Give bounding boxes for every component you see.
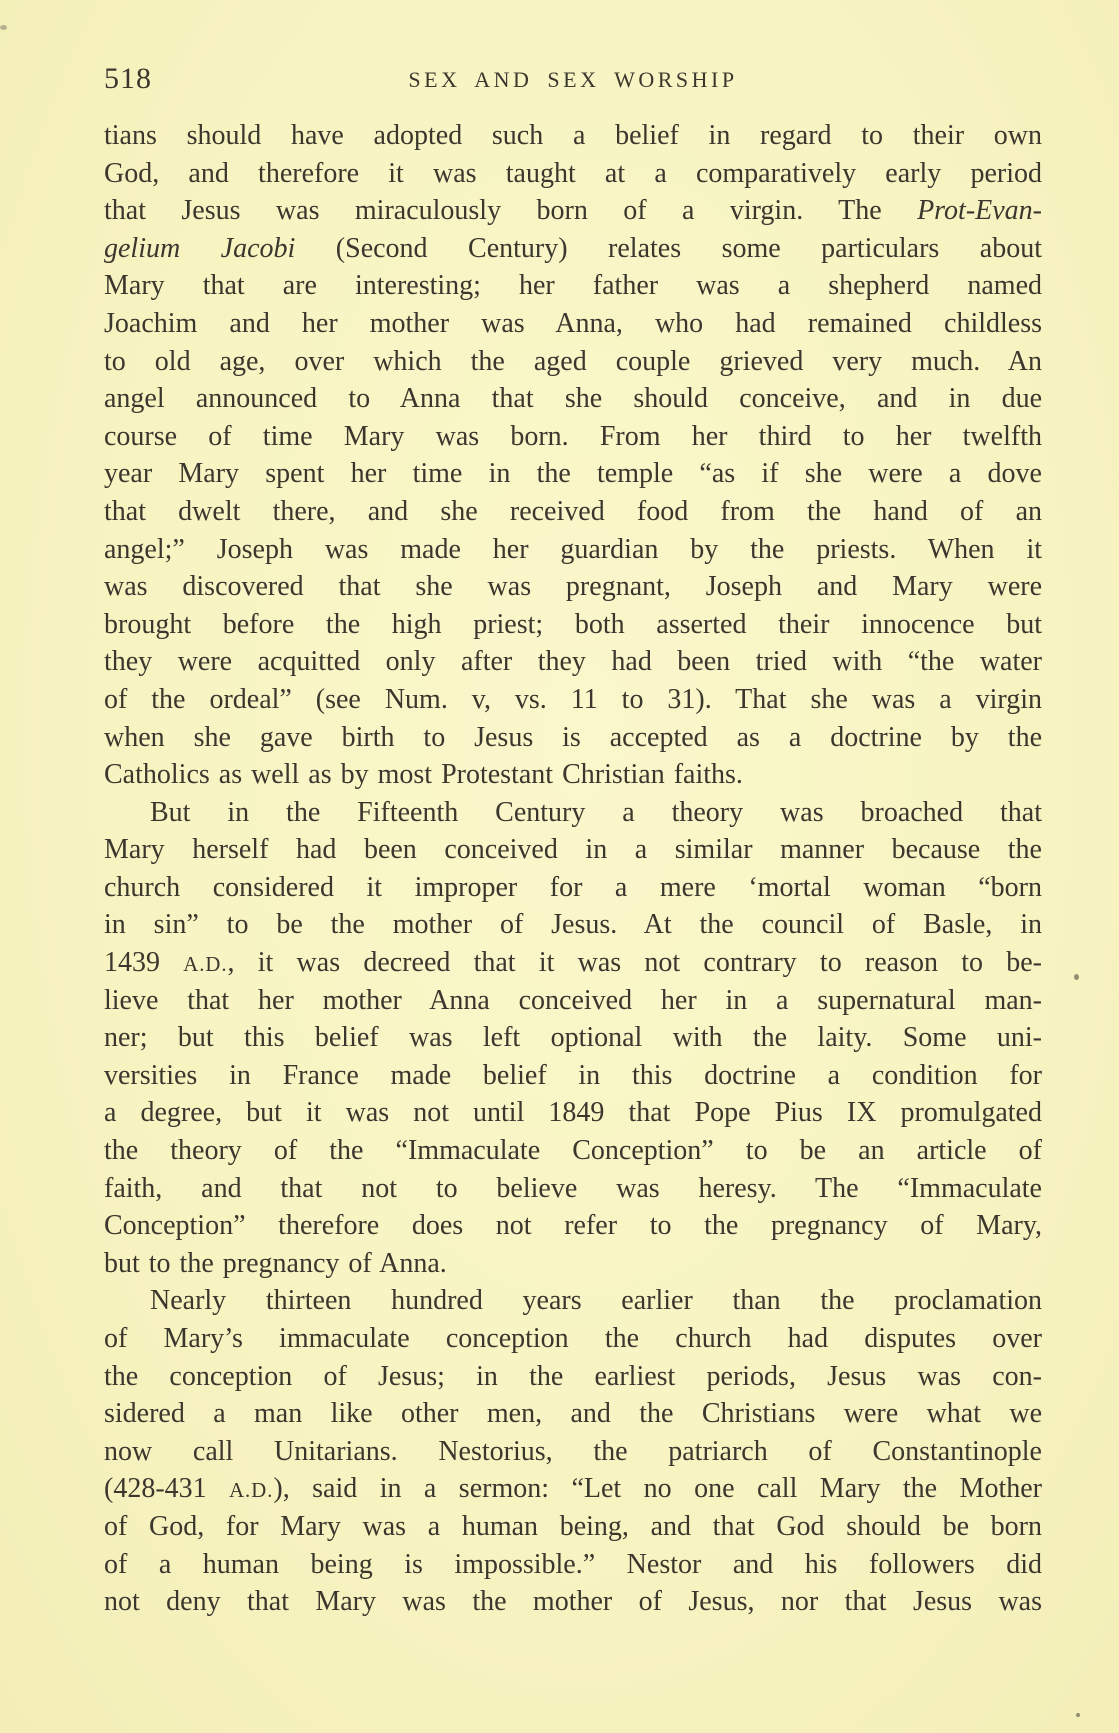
text-segment: Joachim and her mother was Anna, who had…	[104, 308, 1042, 339]
running-head: 518 SEX AND SEX WORSHIP	[104, 62, 1042, 98]
text-line: versities in France made belief in this …	[104, 1057, 1042, 1095]
text-segment: (Second Century) relates some particular…	[295, 233, 1042, 264]
smallcaps-text: A.D.	[183, 954, 227, 976]
text-segment: course of time Mary was born. From her t…	[104, 421, 1042, 452]
text-line: gelium Jacobi (Second Century) relates s…	[104, 230, 1042, 268]
text-line: 1439 A.D., it was decreed that it was no…	[104, 944, 1042, 982]
text-line: that Jesus was miraculously born of a vi…	[104, 192, 1042, 230]
text-segment: Conception” therefore does not refer to …	[104, 1210, 1042, 1241]
italic-text: gelium Jacobi	[104, 233, 295, 264]
text-line: sidered a man like other men, and the Ch…	[104, 1395, 1042, 1433]
text-segment: Mary herself had been conceived in a sim…	[104, 834, 1042, 865]
text-line: angel announced to Anna that she should …	[104, 380, 1042, 418]
text-line: now call Unitarians. Nestorius, the patr…	[104, 1433, 1042, 1471]
text-segment: , it was decreed that it was not contrar…	[228, 947, 1042, 978]
text-segment: lieve that her mother Anna conceived her…	[104, 985, 1042, 1016]
text-line: angel;” Joseph was made her guardian by …	[104, 531, 1042, 569]
text-line: But in the Fifteenth Century a theory wa…	[104, 794, 1042, 832]
text-line: ner; but this belief was left optional w…	[104, 1019, 1042, 1057]
text-line: of a human being is impossible.” Nestor …	[104, 1546, 1042, 1584]
text-line: not deny that Mary was the mother of Jes…	[104, 1583, 1042, 1621]
page-body: tians should have adopted such a belief …	[104, 117, 1042, 1621]
text-segment: year Mary spent her time in the temple “…	[104, 458, 1042, 489]
text-segment: a degree, but it was not until 1849 that…	[104, 1097, 1042, 1128]
running-title: SEX AND SEX WORSHIP	[104, 67, 1042, 93]
text-segment: but to the pregnancy of Anna.	[104, 1248, 447, 1279]
text-segment: faith, and that not to believe was heres…	[104, 1173, 1042, 1204]
text-line: Conception” therefore does not refer to …	[104, 1207, 1042, 1245]
text-line: of Mary’s immaculate conception the chur…	[104, 1320, 1042, 1358]
text-line: course of time Mary was born. From her t…	[104, 418, 1042, 456]
text-line: to old age, over which the aged couple g…	[104, 343, 1042, 381]
text-segment: angel;” Joseph was made her guardian by …	[104, 534, 1042, 565]
text-segment: angel announced to Anna that she should …	[104, 383, 1042, 414]
text-line: God, and therefore it was taught at a co…	[104, 155, 1042, 193]
scan-speck	[1076, 1713, 1080, 1717]
book-page: 518 SEX AND SEX WORSHIP tians should hav…	[0, 0, 1119, 1733]
text-line: (428-431 A.D.), said in a sermon: “Let n…	[104, 1470, 1042, 1508]
text-line: of God, for Mary was a human being, and …	[104, 1508, 1042, 1546]
text-segment: ), said in a sermon: “Let no one call Ma…	[273, 1473, 1042, 1504]
text-line: they were acquitted only after they had …	[104, 643, 1042, 681]
text-line: brought before the high priest; both ass…	[104, 606, 1042, 644]
text-line: that dwelt there, and she received food …	[104, 493, 1042, 531]
text-line: faith, and that not to believe was heres…	[104, 1170, 1042, 1208]
text-segment: of God, for Mary was a human being, and …	[104, 1511, 1042, 1542]
smallcaps-text: A.D.	[229, 1480, 273, 1502]
text-segment: God, and therefore it was taught at a co…	[104, 158, 1042, 189]
text-segment: the theory of the “Immaculate Conception…	[104, 1135, 1042, 1166]
text-segment: of Mary’s immaculate conception the chur…	[104, 1323, 1042, 1354]
text-line: tians should have adopted such a belief …	[104, 117, 1042, 155]
text-segment: tians should have adopted such a belief …	[104, 120, 1042, 151]
text-segment: the conception of Jesus; in the earliest…	[104, 1361, 1042, 1392]
text-line: Nearly thirteen hundred years earlier th…	[104, 1282, 1042, 1320]
text-segment: But in the Fifteenth Century a theory wa…	[150, 797, 1042, 828]
text-segment: when she gave birth to Jesus is accepted…	[104, 722, 1042, 753]
text-segment: Nearly thirteen hundred years earlier th…	[150, 1285, 1042, 1316]
text-line: the theory of the “Immaculate Conception…	[104, 1132, 1042, 1170]
text-line: a degree, but it was not until 1849 that…	[104, 1094, 1042, 1132]
text-line: Mary herself had been conceived in a sim…	[104, 831, 1042, 869]
text-line: the conception of Jesus; in the earliest…	[104, 1358, 1042, 1396]
text-line: but to the pregnancy of Anna.	[104, 1245, 1042, 1283]
text-segment: brought before the high priest; both ass…	[104, 609, 1042, 640]
text-segment: (428-431	[104, 1473, 229, 1504]
scan-speck	[0, 25, 7, 30]
text-line: year Mary spent her time in the temple “…	[104, 455, 1042, 493]
text-segment: Catholics as well as by most Protestant …	[104, 759, 743, 790]
italic-text: Prot-Evan-	[917, 195, 1042, 226]
text-line: of the ordeal” (see Num. v, vs. 11 to 31…	[104, 681, 1042, 719]
text-line: when she gave birth to Jesus is accepted…	[104, 719, 1042, 757]
text-segment: to old age, over which the aged couple g…	[104, 346, 1042, 377]
text-segment: 1439	[104, 947, 183, 978]
text-line: Joachim and her mother was Anna, who had…	[104, 305, 1042, 343]
text-segment: in sin” to be the mother of Jesus. At th…	[104, 909, 1042, 940]
text-segment: that dwelt there, and she received food …	[104, 496, 1042, 527]
text-segment: ner; but this belief was left optional w…	[104, 1022, 1042, 1053]
text-segment: sidered a man like other men, and the Ch…	[104, 1398, 1042, 1429]
text-segment: not deny that Mary was the mother of Jes…	[104, 1586, 1042, 1617]
text-line: Mary that are interesting; her father wa…	[104, 267, 1042, 305]
text-segment: of the ordeal” (see Num. v, vs. 11 to 31…	[104, 684, 1042, 715]
text-segment: they were acquitted only after they had …	[104, 646, 1042, 677]
text-segment: church considered it improper for a mere…	[104, 872, 1042, 903]
text-segment: of a human being is impossible.” Nestor …	[104, 1549, 1042, 1580]
text-segment: Mary that are interesting; her father wa…	[104, 270, 1042, 301]
text-segment: now call Unitarians. Nestorius, the patr…	[104, 1436, 1042, 1467]
text-line: Catholics as well as by most Protestant …	[104, 756, 1042, 794]
text-line: church considered it improper for a mere…	[104, 869, 1042, 907]
scan-speck	[1074, 974, 1079, 980]
text-line: was discovered that she was pregnant, Jo…	[104, 568, 1042, 606]
text-segment: was discovered that she was pregnant, Jo…	[104, 571, 1042, 602]
text-segment: versities in France made belief in this …	[104, 1060, 1042, 1091]
text-line: in sin” to be the mother of Jesus. At th…	[104, 906, 1042, 944]
text-line: lieve that her mother Anna conceived her…	[104, 982, 1042, 1020]
text-segment: that Jesus was miraculously born of a vi…	[104, 195, 917, 226]
